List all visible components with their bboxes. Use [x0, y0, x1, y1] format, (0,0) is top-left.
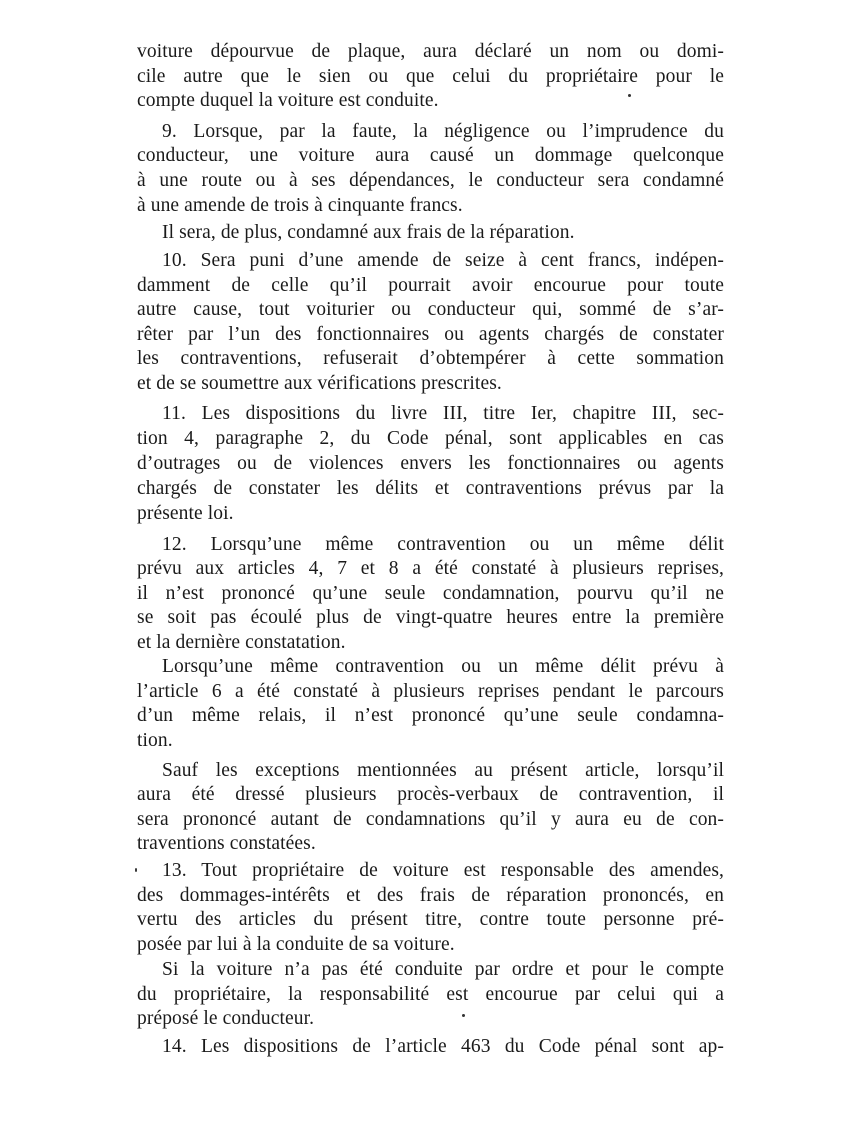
- text-line: il n’est prononcé qu’une seule condamnat…: [137, 582, 724, 606]
- text-line: à une amende de trois à cinquante francs…: [137, 194, 724, 218]
- text-line: du propriétaire, la responsabilité est e…: [137, 983, 724, 1007]
- article-11-line: 11. Les dispositions du livre III, titre…: [162, 402, 724, 426]
- text-line: des dommages-intérêts et des frais de ré…: [137, 884, 724, 908]
- text-line: aura été dressé plusieurs procès-verbaux…: [137, 783, 724, 807]
- text-line: les contraventions, refuserait d’obtempé…: [137, 347, 724, 371]
- text-line: et de se soumettre aux vérifications pre…: [137, 372, 724, 396]
- text-line: chargés de constater les délits et contr…: [137, 477, 724, 501]
- text-line: d’un même relais, il n’est prononcé qu’u…: [137, 704, 724, 728]
- text-line: autre cause, tout voiturier ou conducteu…: [137, 298, 724, 322]
- text-line: préposé le conducteur.: [137, 1007, 724, 1031]
- article-10-line: 10. Sera puni d’une amende de seize à ce…: [162, 249, 724, 273]
- text-line: compte duquel la voiture est conduite.: [137, 89, 724, 113]
- text-line: présente loi.: [137, 502, 724, 526]
- text-line: prévu aux articles 4, 7 et 8 a été const…: [137, 557, 724, 581]
- article-12-line: 12. Lorsqu’une même contravention ou un …: [162, 533, 724, 557]
- text-line: traventions constatées.: [137, 832, 724, 856]
- article-14-line: 14. Les dispositions de l’article 463 du…: [162, 1035, 724, 1059]
- text-line: Lorsqu’une même contravention ou un même…: [162, 655, 724, 679]
- text-line: et la dernière constatation.: [137, 631, 724, 655]
- text-line: damment de celle qu’il pourrait avoir en…: [137, 274, 724, 298]
- text-line: Sauf les exceptions mentionnées au prése…: [162, 759, 724, 783]
- text-line: à une route ou à ses dépendances, le con…: [137, 169, 724, 193]
- text-line: Il sera, de plus, condamné aux frais de …: [162, 221, 724, 245]
- text-line: se soit pas écoulé plus de vingt-quatre …: [137, 606, 724, 630]
- article-9-line: 9. Lorsque, par la faute, la négligence …: [162, 120, 724, 144]
- text-line: voiture dépourvue de plaque, aura déclar…: [137, 40, 724, 64]
- text-line: l’article 6 a été constaté à plusieurs r…: [137, 680, 724, 704]
- scan-speck: [462, 1014, 465, 1017]
- text-line: tion 4, paragraphe 2, du Code pénal, son…: [137, 427, 724, 451]
- text-line: sera prononcé autant de condamnations qu…: [137, 808, 724, 832]
- text-line: tion.: [137, 729, 724, 753]
- text-line: rêter par l’un des fonctionnaires ou age…: [137, 323, 724, 347]
- scan-speck: [628, 94, 631, 97]
- text-line: cile autre que le sien ou que celui du p…: [137, 65, 724, 89]
- text-line: Si la voiture n’a pas été conduite par o…: [162, 958, 724, 982]
- article-13-line: 13. Tout propriétaire de voiture est res…: [162, 859, 724, 883]
- scan-speck: [135, 868, 137, 872]
- text-line: vertu des articles du présent titre, con…: [137, 908, 724, 932]
- text-line: d’outrages ou de violences envers les fo…: [137, 452, 724, 476]
- scanned-page: voiture dépourvue de plaque, aura déclar…: [0, 0, 842, 1144]
- text-line: posée par lui à la conduite de sa voitur…: [137, 933, 724, 957]
- text-line: conducteur, une voiture aura causé un do…: [137, 144, 724, 168]
